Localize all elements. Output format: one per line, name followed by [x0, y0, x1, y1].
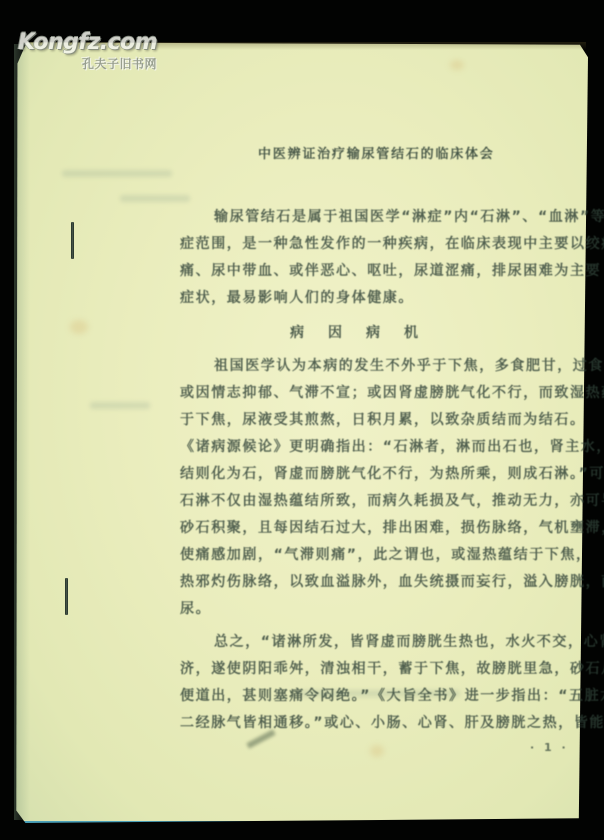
paragraph-intro: 输尿管结石是属于祖国医学“淋症”内“石淋”、“血淋”等病 症范围，是一种急性发作… [180, 204, 566, 312]
paragraph-summary: 总之，“诸淋所发，皆肾虚而膀胱生热也，水火不交，心肾不 济，遂使阴阳乖舛，清浊相… [180, 629, 566, 737]
text-line: 砂石积聚，且每因结石过大，排出困难，损伤脉络，气机壅滞，更 [180, 515, 566, 542]
text-line: 济，遂使阴阳乖舛，清浊相干，蓄于下焦，故膀胱里急，砂石从小 [180, 656, 566, 683]
document-title: 中医辨证治疗输尿管结石的临床体会 [258, 146, 494, 164]
bleed-through-mark [90, 402, 150, 409]
watermark-site-name: 孔夫子旧书网 [82, 55, 157, 72]
text-line: 热邪灼伤脉络，以致血溢脉外，血失统摄而妄行，溢入膀胱，而为血 [180, 569, 566, 596]
text-line: 症范围，是一种急性发作的一种疾病，在临床表现中主要以绞痛或 [180, 231, 566, 258]
text-line: 便道出，甚则塞痛令闷绝。”《大旨全书》进一步指出：“五脏六腑十 [180, 683, 566, 710]
paper-stain [450, 60, 464, 70]
photo-stage: Kongfz.com 孔夫子旧书网 中医辨证治疗输尿管结石的临床体会 输尿管结石… [0, 0, 604, 840]
page-left-shadow [14, 44, 30, 820]
paper-stain [70, 320, 88, 334]
text-line: 输尿管结石是属于祖国医学“淋症”内“石淋”、“血淋”等病 [180, 204, 566, 231]
text-line: 祖国医学认为本病的发生不外乎于下焦，多食肥甘，过食辛辣之品， [180, 353, 566, 380]
staple-icon [65, 578, 68, 615]
watermark-brand: Kongfz.com [18, 30, 157, 55]
staple-icon [71, 222, 74, 259]
text-line: 于下焦，尿液受其煎熬，日积月累，以致杂质结而为结石。 [180, 407, 566, 434]
page-number: · 1 · [530, 741, 569, 754]
text-line: 症状，最易影响人们的身体健康。 [180, 285, 566, 312]
text-line: 使痛感加剧，“气滞则痛”，此之谓也，或湿热蕴结于下焦， [180, 542, 566, 569]
bleed-through-mark [120, 195, 190, 202]
section-heading: 病因病机 [290, 322, 440, 344]
paper-stain [370, 745, 384, 757]
text-line: 《诸病源候论》更明确指出：“石淋者，淋而出石也，肾主水，水 [180, 434, 566, 461]
paragraph-etiology: 祖国医学认为本病的发生不外乎于下焦，多食肥甘，过食辛辣之品， 或因情志抑郁、气滞… [180, 353, 566, 623]
bleed-through-mark [62, 170, 172, 177]
text-line: 结则化为石，肾虚而膀胱气化不行，为热所乘，则成石淋。”可见 [180, 461, 566, 488]
text-line: 尿。 [180, 596, 566, 623]
text-line: 总之，“诸淋所发，皆肾虚而膀胱生热也，水火不交，心肾不 [180, 629, 566, 656]
text-line: 石淋不仅由湿热蕴结所致，而病久耗损及气，推动无力，亦可导致 [180, 488, 566, 515]
text-line: 或因情志抑郁、气滞不宣；或因肾虚膀胱气化不行，而致湿热蕴结 [180, 380, 566, 407]
text-line: 痛、尿中带血、或伴恶心、呕吐，尿道涩痛，排尿困难为主要 [180, 258, 566, 285]
watermark: Kongfz.com 孔夫子旧书网 [18, 30, 188, 75]
text-line: 二经脉气皆相通移。”或心、小肠、心肾、肝及膀胱之热，皆能 [180, 710, 566, 737]
